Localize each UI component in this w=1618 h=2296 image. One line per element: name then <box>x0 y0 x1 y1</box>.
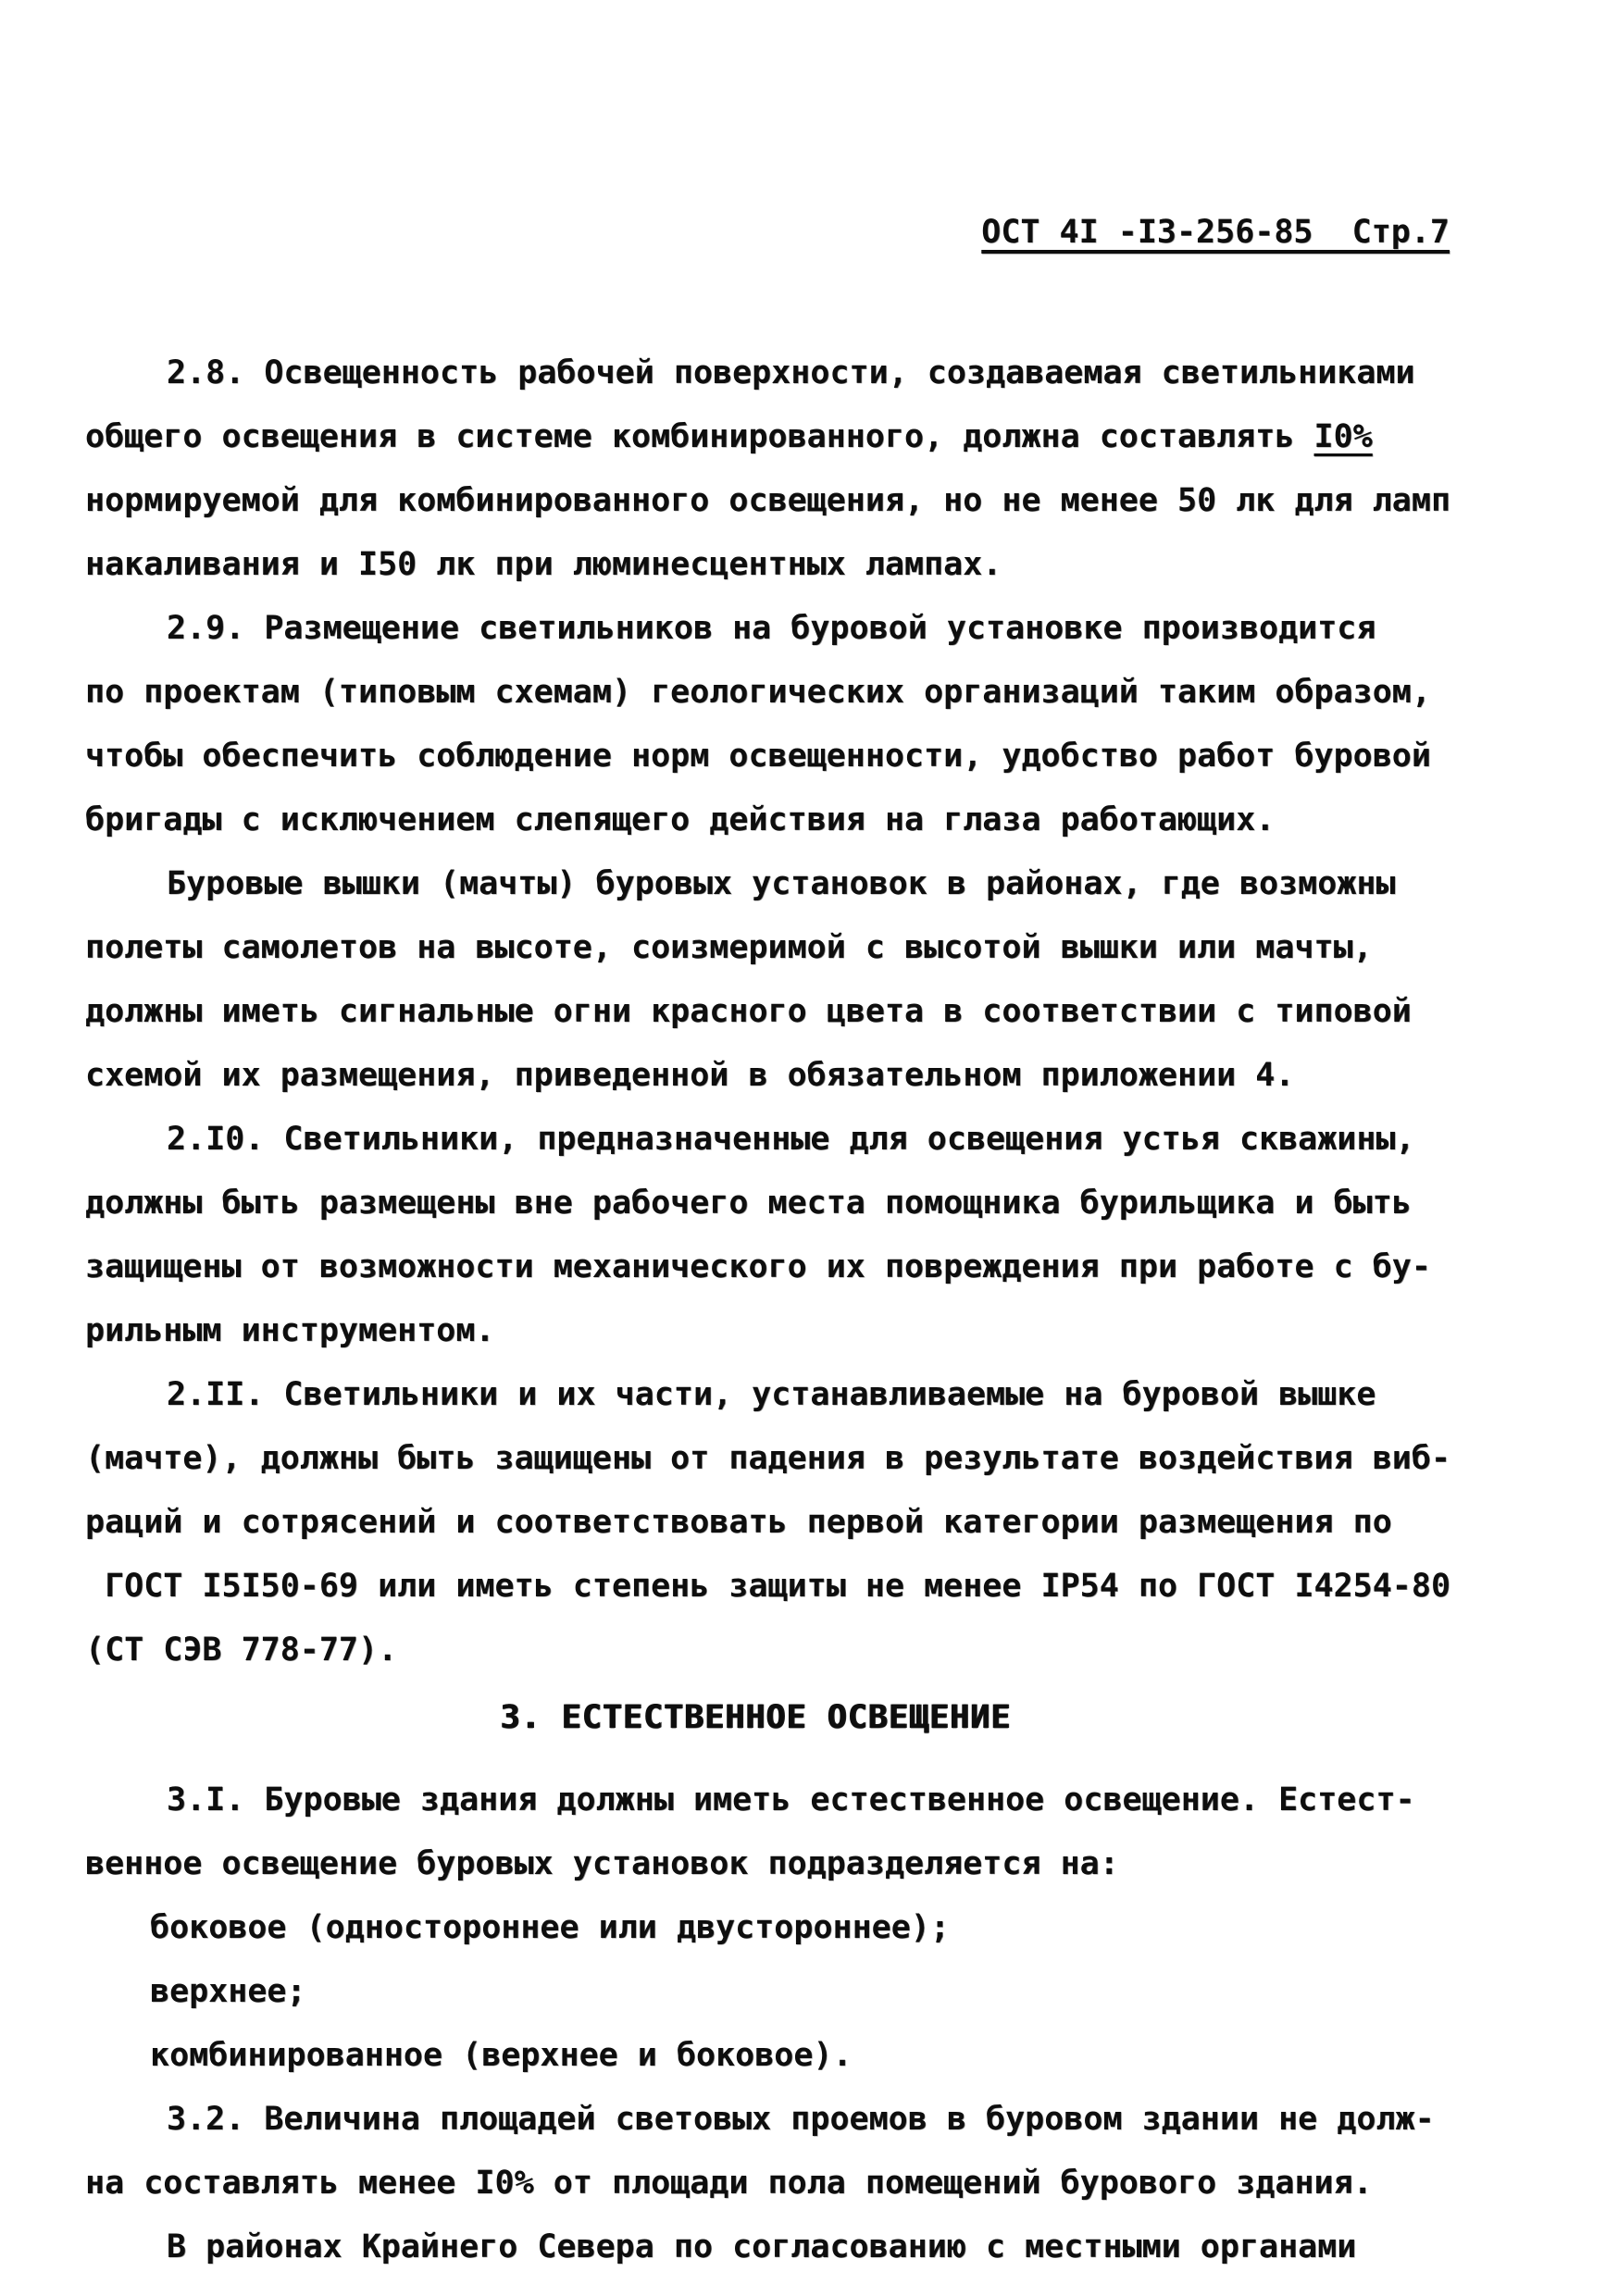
text-line: (мачте), должны быть защищены от падения… <box>85 1427 1537 1491</box>
text-line: на составлять менее I0% от площади пола … <box>85 2152 1537 2215</box>
underlined-value: I0% <box>1314 418 1373 455</box>
document-page: ОСТ 4I -I3-256-85 Стр.7 2.8. Освещенност… <box>0 0 1618 2296</box>
text-line: венное освещение буровых установок подра… <box>85 1832 1537 1896</box>
text-line: должны иметь сигнальные огни красного цв… <box>85 980 1537 1044</box>
text-line: чтобы обеспечить соблюдение норм освещен… <box>85 725 1537 788</box>
text-line: 2.I0. Светильники, предназначенные для о… <box>85 1108 1537 1172</box>
document-body: 2.8. Освещенность рабочей поверхности, с… <box>0 329 1618 2279</box>
text-line: 3.I. Буровые здания должны иметь естеств… <box>85 1769 1537 1832</box>
text-line: рильным инструментом. <box>85 1299 1537 1363</box>
text-line: должны быть размещены вне рабочего места… <box>85 1172 1537 1235</box>
text-line: полеты самолетов на высоте, соизмеримой … <box>85 916 1537 980</box>
text-line: (СТ СЭВ 778-77). <box>85 1619 1537 1682</box>
text-line: защищены от возможности механического их… <box>85 1235 1537 1299</box>
list-item: верхнее; <box>85 1960 1537 2024</box>
text-line: бригады с исключением слепящего действия… <box>85 788 1537 852</box>
list-item: боковое (одностороннее или двустороннее)… <box>85 1896 1537 1960</box>
text-line: 2.9. Размещение светильников на буровой … <box>85 597 1537 661</box>
list-item: комбинированное (верхнее и боковое). <box>85 2024 1537 2088</box>
text-line: ГОСТ I5I50-69 или иметь степень защиты н… <box>85 1555 1537 1619</box>
document-number-header: ОСТ 4I -I3-256-85 Стр.7 <box>981 201 1450 265</box>
text-line: В районах Крайнего Севера по согласовани… <box>85 2215 1537 2279</box>
text-line: 3.2. Величина площадей световых проемов … <box>85 2088 1537 2152</box>
text-line: схемой их размещения, приведенной в обяз… <box>85 1044 1537 1108</box>
text-line: нормируемой для комбинированного освещен… <box>85 469 1537 533</box>
text-line: 2.II. Светильники и их части, устанавлив… <box>85 1363 1537 1427</box>
text-line: 2.8. Освещенность рабочей поверхности, с… <box>85 341 1537 405</box>
section-heading: 3. ЕСТЕСТВЕННОЕ ОСВЕЩЕНИЕ <box>85 1686 1537 1750</box>
text-line: накаливания и I50 лк при люминесцентных … <box>85 533 1537 597</box>
text-line-segment: общего освещения в системе комбинированн… <box>85 418 1314 455</box>
text-line: общего освещения в системе комбинированн… <box>85 405 1537 469</box>
text-line: раций и сотрясений и соответствовать пер… <box>85 1491 1537 1555</box>
page-header-row: ОСТ 4I -I3-256-85 Стр.7 <box>0 0 1618 329</box>
text-line: по проектам (типовым схемам) геологическ… <box>85 661 1537 725</box>
text-line: Буровые вышки (мачты) буровых установок … <box>85 852 1537 916</box>
